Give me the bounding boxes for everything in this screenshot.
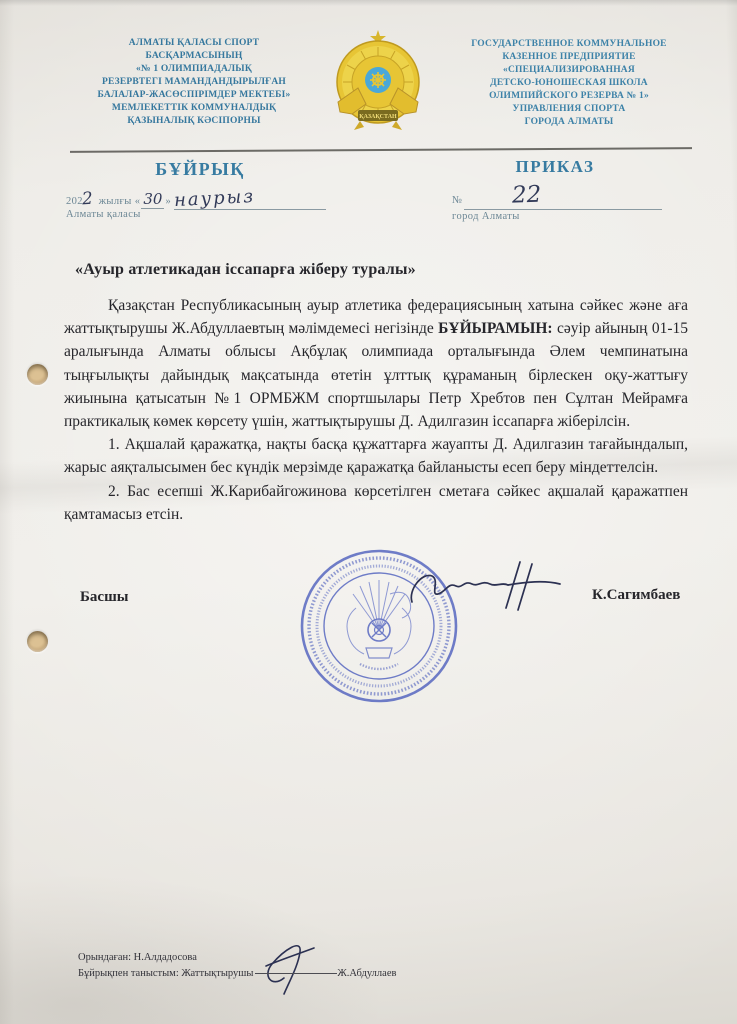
number-line: № 22: [452, 190, 662, 209]
org-line: КАЗЕННОЕ ПРЕДПРИЯТИЕ: [435, 51, 703, 64]
order-title-russian: ПРИКАЗ: [455, 157, 655, 177]
order-verb-bold: БҰЙЫРАМЫН:: [438, 320, 552, 337]
org-line: ГОСУДАРСТВЕННОЕ КОММУНАЛЬНОЕ: [435, 38, 703, 51]
body-paragraph-item-2: 2. Бас есепші Ж.Карибайгожинова көрсетіл…: [64, 480, 688, 526]
handwritten-number: 22: [464, 182, 542, 211]
org-line: «№ 1 ОЛИМПИАДАЛЫҚ: [60, 63, 328, 76]
org-line: ҚАЗЫНАЛЫҚ КӘСІПОРНЫ: [60, 115, 328, 128]
body-paragraph-item-1: 1. Ақшалай қаражатқа, нақты басқа құжатт…: [64, 433, 688, 479]
punch-hole-bottom: [27, 631, 48, 652]
acknowledged-by-name: Ж.Абдуллаев: [337, 968, 396, 979]
org-line: БАСҚАРМАСЫНЫҢ: [60, 50, 328, 63]
punch-hole-top: [27, 364, 48, 385]
document-body: Қазақстан Республикасының ауыр атлетика …: [64, 294, 688, 526]
scanned-order-document: АЛМАТЫ ҚАЛАСЫ СПОРТ БАСҚАРМАСЫНЫҢ «№ 1 О…: [0, 0, 737, 1024]
kazakhstan-emblem-icon: ҚАЗАҚСТАН: [330, 26, 426, 143]
body-paragraph-preamble: Қазақстан Республикасының ауыр атлетика …: [64, 294, 688, 433]
date-line: 2022 жылғы « 30 » наурыз: [66, 190, 326, 209]
signatory-name: К.Сагимбаев: [592, 587, 680, 604]
emblem-caption: ҚАЗАҚСТАН: [359, 114, 397, 120]
org-line: «СПЕЦИАЛИЗИРОВАННАЯ: [435, 64, 703, 77]
place-russian: город Алматы: [452, 211, 520, 222]
date-prefix: 202: [66, 196, 83, 207]
org-line: УПРАВЛЕНИЯ СПОРТА: [435, 103, 703, 116]
acknowledgement-line: Бұйрықпен таныстым: ЖаттықтырушыЖ.Абдулл…: [78, 966, 396, 982]
letterhead-org-russian: ГОСУДАРСТВЕННОЕ КОММУНАЛЬНОЕ КАЗЕННОЕ ПР…: [435, 38, 703, 129]
document-title: «Ауыр атлетикадан іссапарға жіберу турал…: [75, 261, 416, 279]
date-close-quote: »: [165, 196, 171, 207]
org-line: АЛМАТЫ ҚАЛАСЫ СПОРТ: [60, 37, 328, 50]
document-footer: Орындаған: Н.Алдадосова Бұйрықпен таныст…: [78, 950, 396, 982]
acknowledgement-sign-underline: [255, 973, 337, 974]
org-line: ГОРОДА АЛМАТЫ: [435, 116, 703, 129]
place-kazakh: Алматы қаласы: [66, 209, 141, 220]
header-divider: [70, 147, 692, 153]
handwritten-day: 30: [141, 190, 164, 209]
executor-line: Орындаған: Н.Алдадосова: [78, 950, 396, 966]
date-month-underline: наурыз: [174, 191, 326, 210]
signatory-role: Басшы: [80, 589, 128, 606]
number-underline: 22: [464, 190, 662, 210]
order-title-kazakh: БҰЙРЫҚ: [100, 159, 300, 180]
number-label: №: [452, 195, 462, 206]
org-line: РЕЗЕРВТЕГІ МАМАНДАНДЫРЫЛҒАН: [60, 76, 328, 89]
director-signature: [408, 556, 568, 621]
letterhead-org-kazakh: АЛМАТЫ ҚАЛАСЫ СПОРТ БАСҚАРМАСЫНЫҢ «№ 1 О…: [60, 37, 328, 128]
date-middle: жылғы «: [99, 196, 141, 207]
handwritten-month: наурыз: [174, 186, 256, 211]
org-line: МЕМЛЕКЕТТІК КОММУНАЛДЫҚ: [60, 102, 328, 115]
org-line: ДЕТСКО-ЮНОШЕСКАЯ ШКОЛА: [435, 77, 703, 90]
org-line: БАЛАЛАР-ЖАСӨСПІРІМДЕР МЕКТЕБІ»: [60, 89, 328, 102]
handwritten-year-digit: 2: [81, 189, 93, 210]
acknowledgement-label: Бұйрықпен таныстым: Жаттықтырушы: [78, 968, 253, 979]
org-line: ОЛИМПИЙСКОГО РЕЗЕРВА № 1»: [435, 90, 703, 103]
